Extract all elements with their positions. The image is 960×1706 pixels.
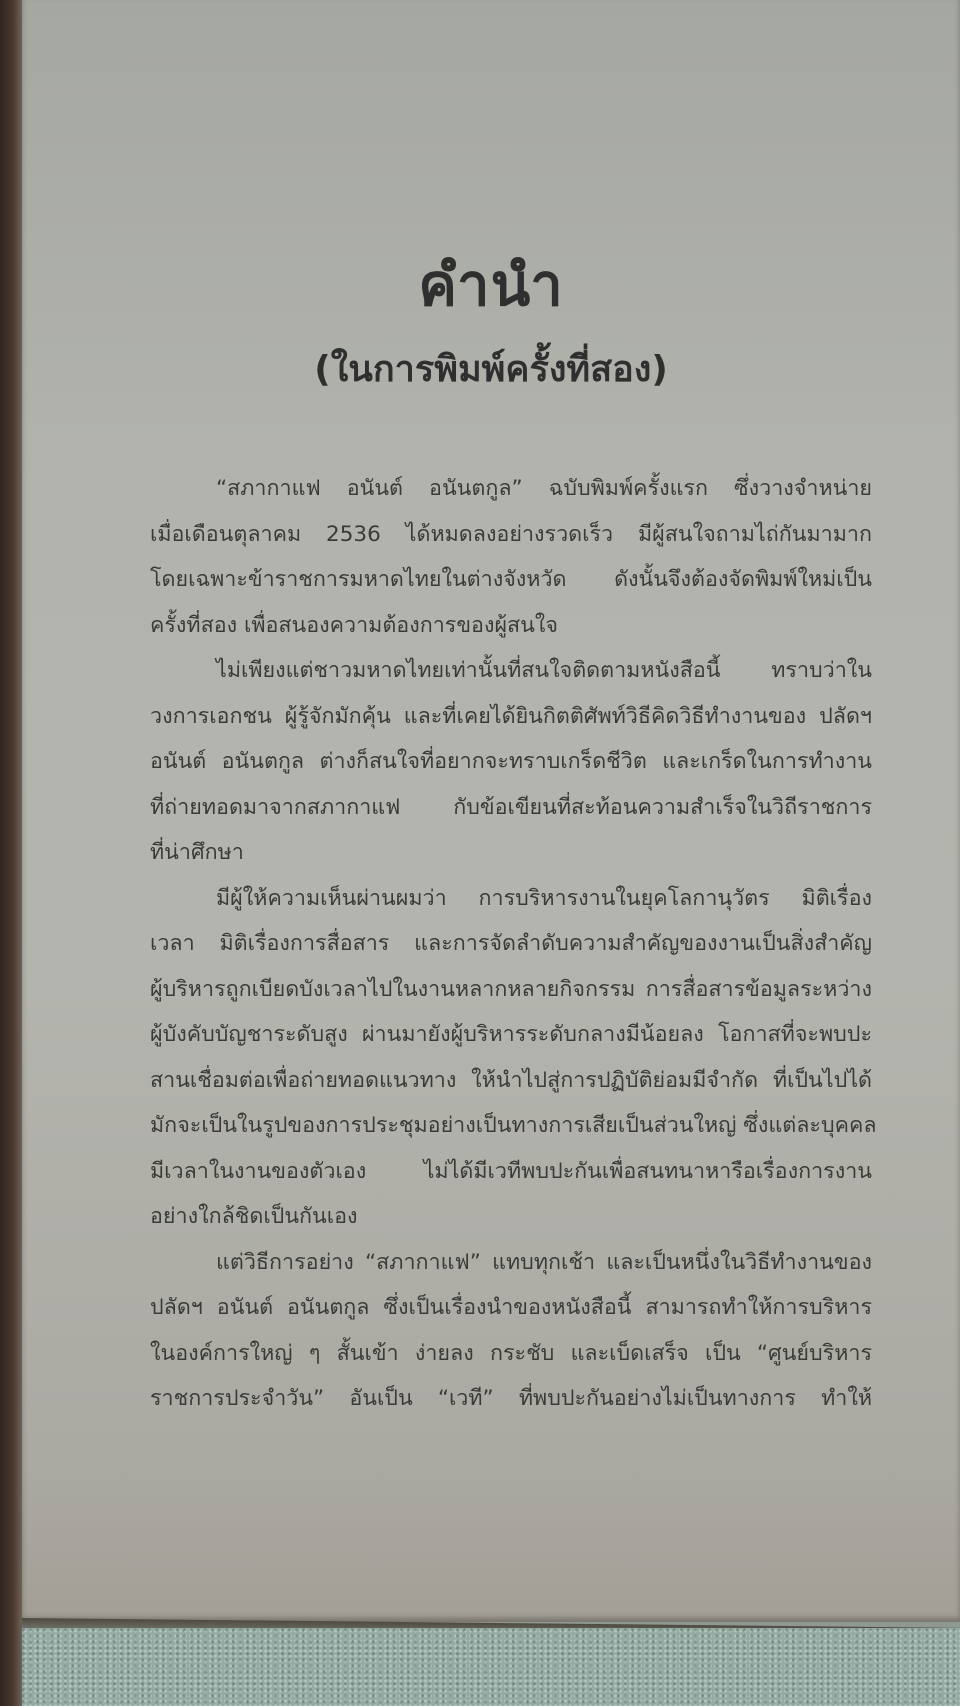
page-title: คำนำ bbox=[22, 238, 960, 331]
fabric-background bbox=[22, 1628, 960, 1706]
text-line: “สภากาแฟ อนันต์ อนันตกูล” ฉบับพิมพ์ครั้ง… bbox=[150, 466, 872, 512]
preface-body: “สภากาแฟ อนันต์ อนันตกูล” ฉบับพิมพ์ครั้ง… bbox=[150, 466, 872, 1422]
text-line: เมื่อเดือนตุลาคม 2536 ได้หมดลงอย่างรวดเร… bbox=[150, 512, 872, 558]
text-line: ที่ถ่ายทอดมาจากสภากาแฟ กับข้อเขียนที่สะท… bbox=[150, 785, 872, 831]
book-page: คำนำ (ในการพิมพ์ครั้งที่สอง) “สภากาแฟ อน… bbox=[22, 0, 960, 1622]
paragraph-2: ไม่เพียงแต่ชาวมหาดไทยเท่านั้นที่สนใจติดต… bbox=[150, 648, 872, 876]
book-binding-edge bbox=[0, 0, 22, 1706]
text-line: ครั้งที่สอง เพื่อสนองความต้องการของผู้สน… bbox=[150, 603, 872, 649]
page-subtitle: (ในการพิมพ์ครั้งที่สอง) bbox=[22, 340, 960, 397]
text-line: มีเวลาในงานของตัวเอง ไม่ได้มีเวทีพบปะกัน… bbox=[150, 1149, 872, 1195]
text-line: ผู้บริหารถูกเบียดบังเวลาไปในงานหลากหลายก… bbox=[150, 967, 872, 1013]
paragraph-3: มีผู้ให้ความเห็นผ่านผมว่า การบริหารงานใน… bbox=[150, 876, 872, 1240]
text-line: โดยเฉพาะข้าราชการมหาดไทยในต่างจังหวัด ดั… bbox=[150, 557, 872, 603]
text-line: ไม่เพียงแต่ชาวมหาดไทยเท่านั้นที่สนใจติดต… bbox=[150, 648, 872, 694]
text-line: อย่างใกล้ชิดเป็นกันเอง bbox=[150, 1194, 872, 1240]
text-line: มีผู้ให้ความเห็นผ่านผมว่า การบริหารงานใน… bbox=[150, 876, 872, 922]
text-line: วงการเอกชน ผู้รู้จักมักคุ้น และที่เคยได้… bbox=[150, 694, 872, 740]
paragraph-4: แต่วิธีการอย่าง “สภากาแฟ” แทบทุกเช้า และ… bbox=[150, 1240, 872, 1422]
text-line: ปลัดฯ อนันต์ อนันตกูล ซึ่งเป็นเรื่องนำขอ… bbox=[150, 1285, 872, 1331]
text-line: ราชการประจำวัน” อันเป็น “เวที” ที่พบปะกั… bbox=[150, 1376, 872, 1422]
text-line: ผู้บังคับบัญชาระดับสูง ผ่านมายังผู้บริหา… bbox=[150, 1012, 872, 1058]
text-line: เวลา มิติเรื่องการสื่อสาร และการจัดลำดับ… bbox=[150, 921, 872, 967]
text-line: ในองค์การใหญ่ ๆ สั้นเข้า ง่ายลง กระชับ แ… bbox=[150, 1331, 872, 1377]
text-line: มักจะเป็นในรูปของการประชุมอย่างเป็นทางกา… bbox=[150, 1103, 872, 1149]
paragraph-1: “สภากาแฟ อนันต์ อนันตกูล” ฉบับพิมพ์ครั้ง… bbox=[150, 466, 872, 648]
text-line: อนันต์ อนันตกูล ต่างก็สนใจที่อยากจะทราบเ… bbox=[150, 739, 872, 785]
text-line: สานเชื่อมต่อเพื่อถ่ายทอดแนวทาง ให้นำไปสู… bbox=[150, 1058, 872, 1104]
text-line: แต่วิธีการอย่าง “สภากาแฟ” แทบทุกเช้า และ… bbox=[150, 1240, 872, 1286]
text-line: ที่น่าศึกษา bbox=[150, 830, 872, 876]
